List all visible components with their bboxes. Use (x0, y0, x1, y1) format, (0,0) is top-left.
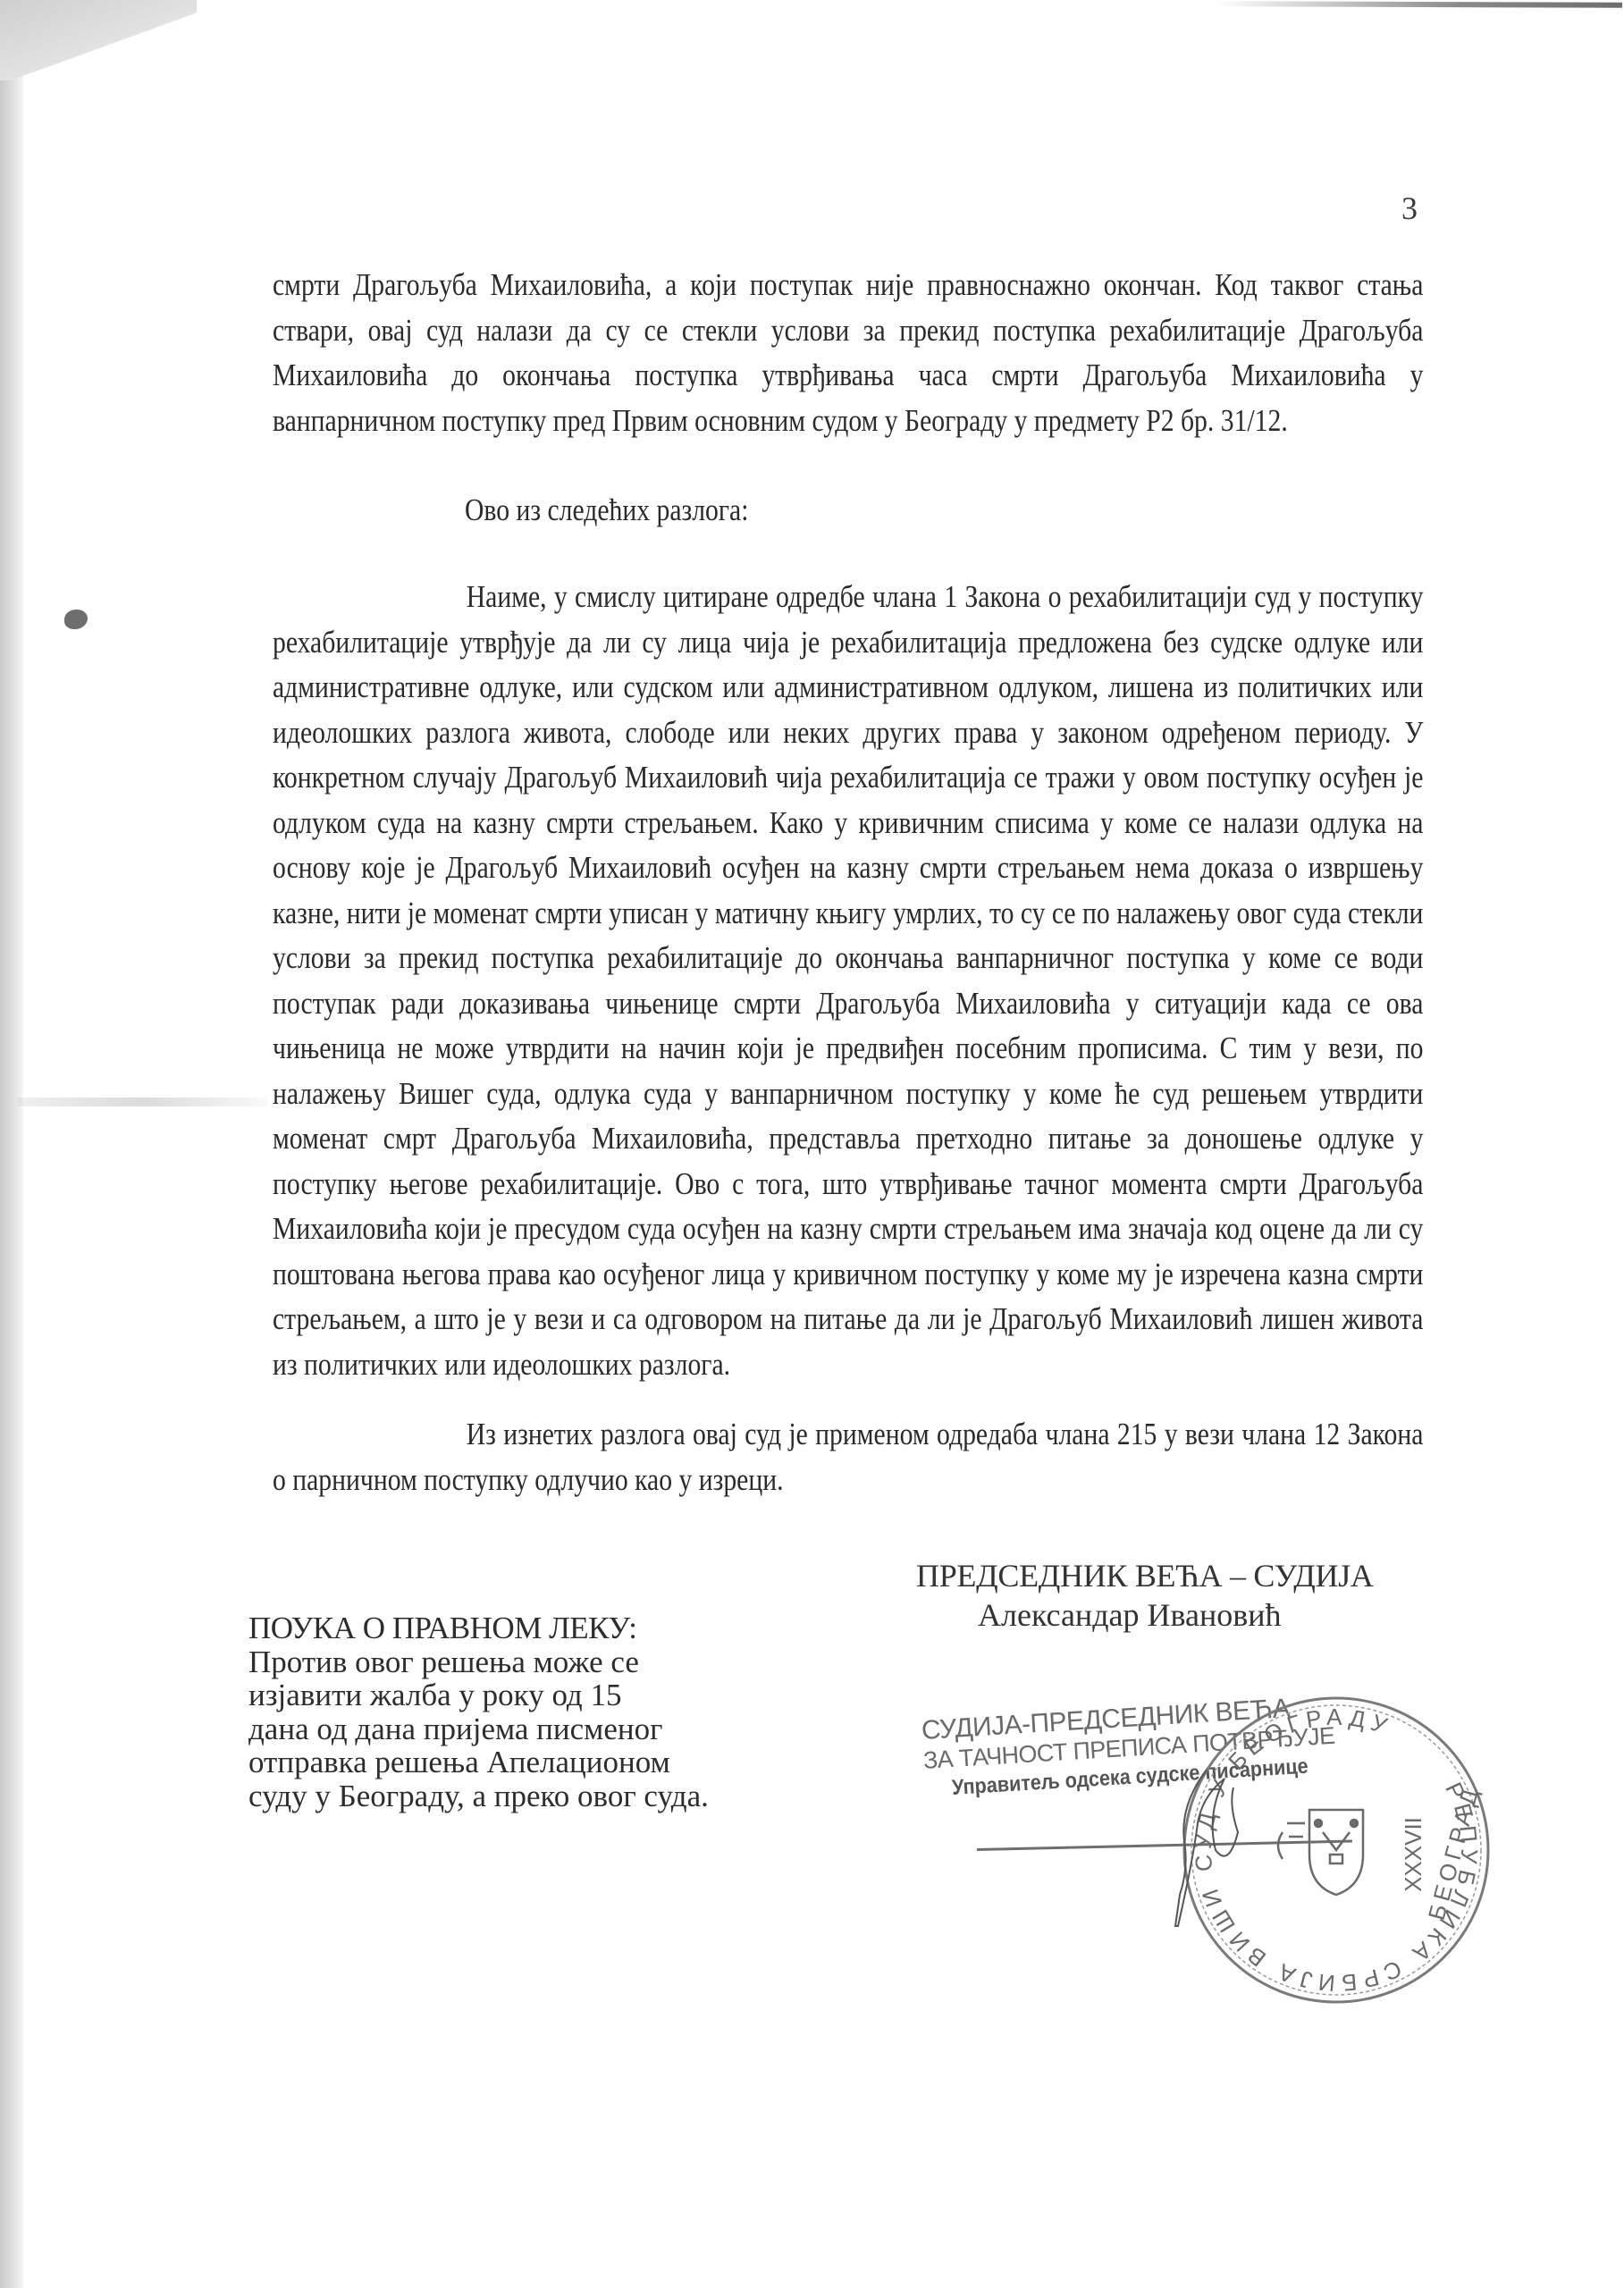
legal-remedy-line: отправка решења Апелационом (248, 1745, 749, 1779)
paragraph-reasons-intro: Ово из следећих разлога: (273, 488, 1423, 534)
judge-title: ПРЕДСЕДНИК ВЕЋА – СУДИЈА (916, 1558, 1374, 1594)
paragraph-reasoning: Наиме, у смислу цитиране одредбе члана 1… (273, 575, 1423, 1387)
legal-remedy-section: ПОУКА О ПРАВНОМ ЛЕКУ: Против овог решења… (248, 1611, 749, 1813)
coat-of-arms-icon (1278, 1810, 1363, 1895)
scan-corner-shadow (0, 0, 197, 80)
scan-streak (18, 1098, 268, 1106)
seal-number: XXXVII (1400, 1817, 1426, 1892)
legal-remedy-line: Против овог решења може се (248, 1645, 749, 1679)
judge-name: Александар Ивановић (978, 1597, 1282, 1633)
legal-remedy-line: дана од дана пријема писменог (248, 1712, 749, 1746)
page-number: 3 (1401, 189, 1418, 227)
legal-remedy-title: ПОУКА О ПРАВНОМ ЛЕКУ: (248, 1611, 749, 1645)
paragraph-conclusion: Из изнетих разлога овај суд је применом … (273, 1412, 1423, 1502)
scan-top-edge-shadow (1216, 1, 1622, 8)
legal-remedy-line: суду у Београду, а преко овог суда. (248, 1779, 749, 1813)
scan-left-edge-shadow (0, 0, 23, 2288)
handwritten-signature-icon (1144, 1752, 1251, 1930)
legal-remedy-line: изјавити жалба у року од 15 (248, 1678, 749, 1712)
scan-speck (64, 610, 88, 629)
paragraph-continuation: смрти Драгољуба Михаиловића, а који пост… (273, 263, 1423, 443)
